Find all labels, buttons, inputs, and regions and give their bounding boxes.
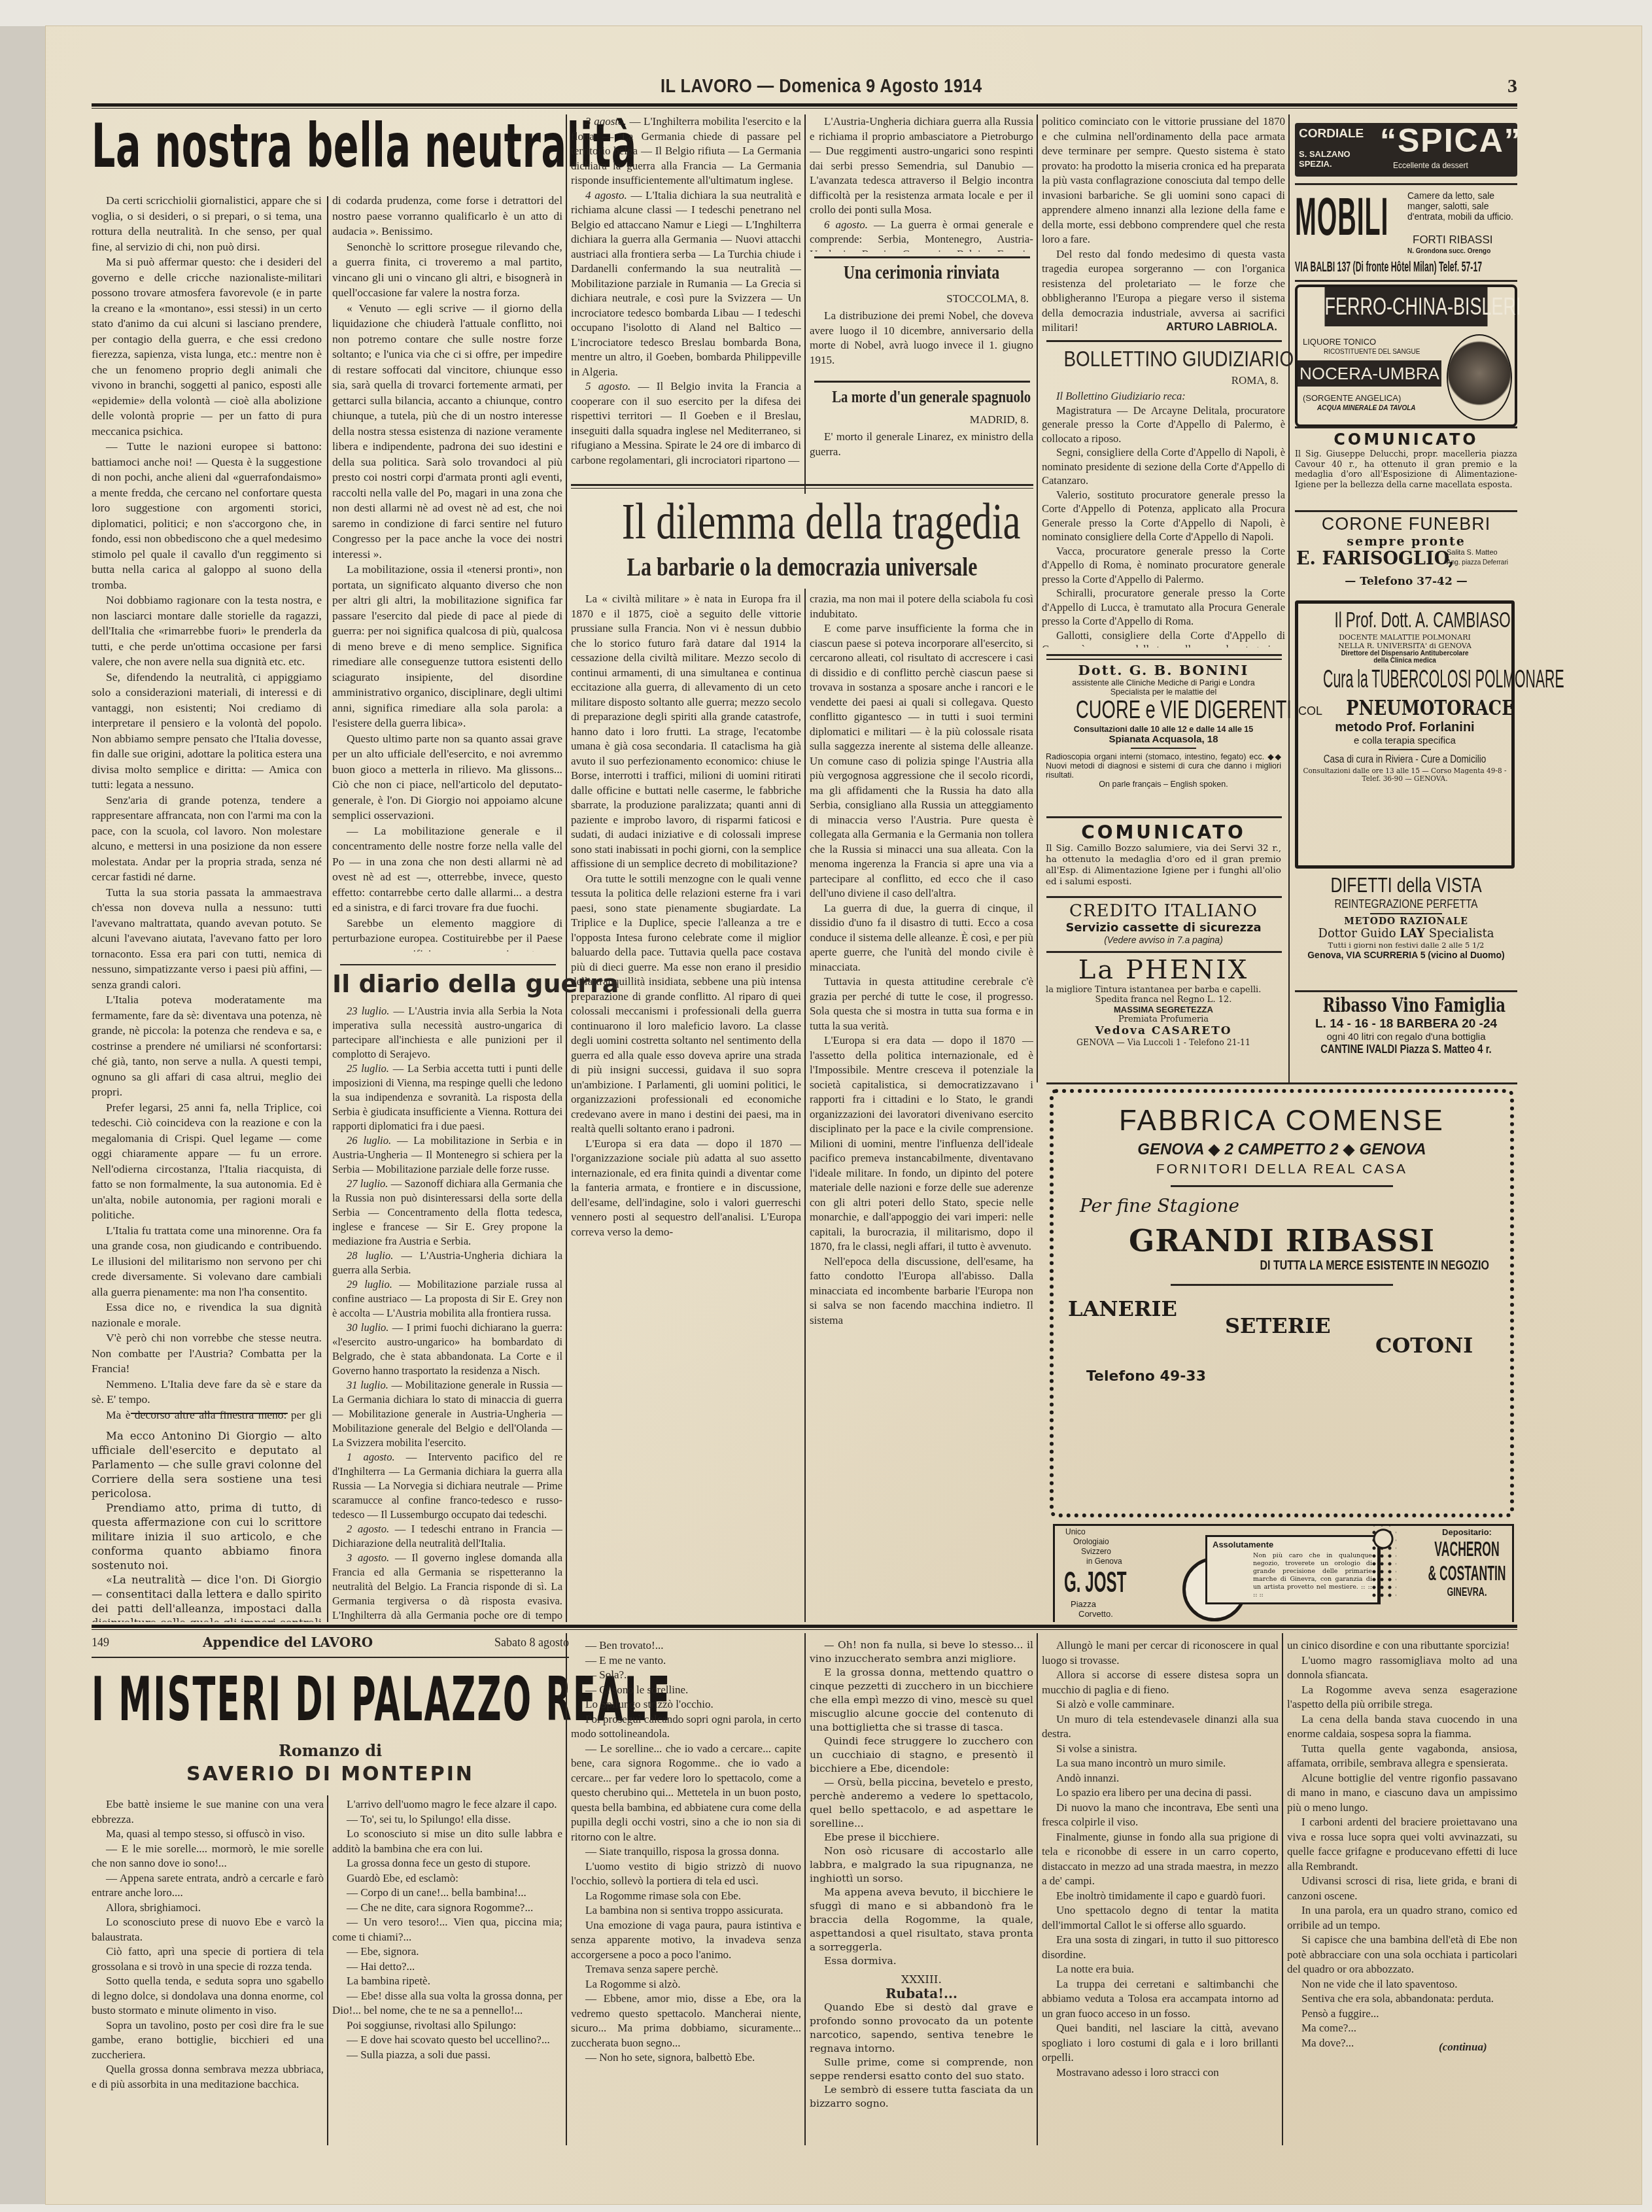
article-dilemma-col4: crazia, ma non mai il potere della sciab… [810, 592, 1033, 1622]
diary-date: 28 luglio. [347, 1249, 401, 1262]
diary-entry: L'Austria-Ungheria dichiara guerra alla … [810, 114, 1033, 218]
paragraph: La bambina ripetè. [332, 1974, 562, 1989]
section-divider [1046, 654, 1282, 660]
column-rule [566, 1633, 567, 2145]
diary-date: 29 luglio. [347, 1278, 399, 1290]
ad-mobili-owner: N. Grondona succ. Orengo [1407, 248, 1490, 255]
paragraph: Da certi scricchiolii giornalistici, app… [92, 193, 322, 254]
paragraph: Ma si può affermar questo: che i desider… [92, 254, 322, 439]
ad-lay-method: METODO RAZIONALE [1295, 916, 1517, 927]
ad-bisleri-line: RICOSTITUENTE DEL SANGUE [1324, 349, 1420, 356]
diary-date: 2 agosto. [347, 1523, 395, 1535]
paragraph: — Appena sarete entrata, andrò a cercarl… [92, 1871, 324, 1901]
bollettino-dateline: ROMA, 8. [1042, 374, 1279, 387]
diary-date: 3 agosto. [347, 1551, 395, 1564]
ad-comunicato-text: Il Sig. Camillo Bozzo salumiere, via dei… [1042, 843, 1285, 888]
paragraph: Ebe battè insieme le sue manine con una … [92, 1797, 324, 1827]
ad-phenix-line: la migliore Tintura istantanea per barba… [1042, 985, 1285, 995]
ad-jost-vacheron: Unico Orologiaio Svizzero in Genova G. J… [1053, 1524, 1514, 1622]
ad-vacheron-brand: VACHERON [1428, 1537, 1507, 1561]
paragraph: Segni, consigliere della Corte d'Appello… [1042, 445, 1285, 488]
diary-entry: 3 agosto. — Il governo inglese domanda a… [332, 1551, 562, 1622]
paragraph: La distribuzione dei premi Nobel, che do… [810, 309, 1033, 368]
ad-comunicato-title: COMUNICATO [1295, 430, 1517, 449]
section-divider [131, 1413, 288, 1414]
diary-date: 1 agosto. [347, 1451, 406, 1463]
ad-vino-shop: CANTINE IVALDI Piazza S. Matteo 4 r. [1315, 1043, 1498, 1056]
section-divider [1295, 990, 1517, 992]
ad-comense-item: LANERIE [1068, 1296, 1177, 1321]
divider [1171, 1185, 1393, 1187]
ad-comense-item: SETERIE [1225, 1313, 1331, 1338]
paragraph: — Tutte le nazioni europee si battono: b… [92, 439, 322, 593]
paragraph: Sopra un tavolino, posto per così dire f… [92, 2018, 324, 2063]
ad-credito-note: (Vedere avviso in 7.a pagina) [1042, 935, 1285, 945]
ad-comunicato-title: COMUNICATO [1042, 821, 1285, 843]
ceremony-article: La distribuzione dei premi Nobel, che do… [810, 309, 1033, 374]
paragraph: Lo sconosciuto si mise un dito sulle lab… [332, 1827, 562, 1856]
diary-date: 6 agosto. [824, 218, 874, 231]
article-signature: ARTURO LABRIOLA. [1042, 320, 1277, 334]
paragraph: — Ben trovato!... [571, 1638, 801, 1653]
ad-comense-phone: Telefono 49-33 [1054, 1368, 1510, 1385]
paragraph: Non osò ricusare di accostarlo alle labb… [810, 1844, 1033, 1886]
paragraph: Alcune bottiglie del ventre rigonfio pas… [1287, 1771, 1517, 1816]
section-divider [340, 964, 556, 965]
column-rule [566, 114, 567, 1622]
paragraph: Era una sosta di zingari, in tutto il su… [1042, 1933, 1279, 1962]
diary-entry: 26 luglio. — La mobilitazione in Serbia … [332, 1133, 562, 1177]
paragraph: — E dove hai scovato questo bel uccellin… [332, 2033, 562, 2048]
ad-comense-title: FABBRICA COMENSE [1054, 1105, 1510, 1137]
diary-entry: 25 luglio. — La Serbia accetta tutti i p… [332, 1062, 562, 1133]
ad-bisleri-line: (SORGENTE ANGELICA) [1303, 393, 1401, 403]
ad-spica: CORDIALE “SPICA” S. SALZANO SPEZIA. Ecce… [1295, 123, 1517, 177]
paragraph: La guerra di due, la guerra di cinque, i… [810, 901, 1033, 975]
ad-jost-line: Svizzero [1065, 1547, 1122, 1557]
ad-cambiaso-line: Direttore del Dispensario Antitubercolar… [1298, 650, 1511, 657]
ad-bonini-languages: On parle français – English spoken. [1042, 780, 1285, 789]
article-dilemma-col5: politico cominciato con le vittorie prus… [1042, 114, 1285, 337]
ad-jost-sign-title: Assolutamente [1207, 1537, 1377, 1552]
paragraph: « Venuto — egli scrive — il giorno della… [332, 301, 562, 562]
paragraph: La mobilitazione, ossia il «tenersi pron… [332, 562, 562, 731]
article-neutrality-col1b: Ma ecco Antonino Di Giorgio — alto uffic… [92, 1429, 322, 1622]
paragraph: Lo spazio era libero per una decina di p… [1042, 1786, 1279, 1801]
paragraph: — Oh! non fa nulla, si beve lo stesso...… [810, 1638, 1033, 1666]
paragraph: Noi dobbiamo ragionare con la testa nost… [92, 593, 322, 670]
paragraph: Tuttavia in questa attitudine cerebrale … [810, 975, 1033, 1033]
paragraph: Se, difendendo la neutralità, ci appiggi… [92, 670, 322, 793]
ad-comunicato-bozzo: COMUNICATO Il Sig. Camillo Bozzo salumie… [1042, 821, 1285, 888]
paragraph: I carboni ardenti del braciere proiettav… [1287, 1815, 1517, 1874]
ad-jost-line: Corvetto. [1071, 1609, 1113, 1619]
ad-vacheron-label: Depositario: [1421, 1527, 1513, 1537]
ad-funebri-phone: — Telefono 37-42 — [1295, 575, 1517, 588]
section-divider [1046, 896, 1282, 898]
section-divider [1295, 510, 1517, 512]
section-divider [814, 381, 1030, 383]
paragraph: — Ci sono le sorelline. [571, 1683, 801, 1698]
paragraph: — Hai detto?... [332, 1960, 562, 1975]
ad-credito-subtitle: Servizio cassette di sicurezza [1042, 921, 1285, 935]
ad-bonini-address: Spianata Acquasola, 18 [1042, 734, 1285, 745]
ad-cambiaso-title: Il Prof. Dott. A. CAMBIASO [1334, 608, 1475, 633]
lion-seal-icon [1447, 334, 1512, 421]
diary-entry: 5 agosto. — Il Belgio invita la Francia … [571, 379, 801, 468]
paragraph: La « civiltà militare » è nata in Europa… [571, 592, 801, 872]
continua-label: (continua) [1439, 2041, 1487, 2054]
divider [1171, 1284, 1393, 1286]
ad-comense-address: GENOVA ◆ 2 CAMPETTO 2 ◆ GENOVA [1054, 1140, 1510, 1159]
bollettino-body: Il Bollettino Giudiziario reca: Magistra… [1042, 389, 1285, 648]
paragraph: Di nuovo la mano che incontrava, Ebe sen… [1042, 1801, 1279, 1830]
ad-vacheron: Depositario: VACHERON & COSTANTIN GINEVR… [1421, 1527, 1513, 1599]
paragraph: Nell'epoca della discussione, dell'esame… [810, 1254, 1033, 1328]
paragraph: Prendiamo atto, prima di tutto, di quest… [92, 1501, 322, 1573]
article-neutrality-col2: di codarda prudenza, come forse i detrat… [332, 193, 562, 952]
ad-cambiaso: Il Prof. Dott. A. CAMBIASO DOCENTE MALAT… [1295, 600, 1515, 869]
ad-spica-tagline: Eccellente da dessert [1393, 161, 1468, 170]
paragraph: La Rogomme rimase sola con Ebe. [571, 1889, 801, 1904]
chapter-title: Rubata!... [810, 1987, 1033, 2001]
paragraph: — Ebe! disse alla sua volta la grossa do… [332, 1989, 562, 2018]
paragraph: In una parola, era un quadro strano, com… [1287, 1903, 1517, 1933]
diary-entry: 4 agosto. — L'Italia dichiara la sua neu… [571, 188, 801, 380]
ad-mobili-title: MOBILI [1295, 186, 1389, 248]
paragraph: L'Italia fu trattata come una minorenne.… [92, 1223, 322, 1300]
paragraph: Senonchè lo scrittore prosegue rilevando… [332, 239, 562, 301]
ad-vino-title: Ribasso Vino Famiglia [1323, 994, 1490, 1017]
paragraph: La cena della banda stava cuocendo in un… [1287, 1712, 1517, 1742]
paragraph: Lo Spilungo strizzò l'occhio. [571, 1697, 801, 1712]
paragraph: — Sola?... [571, 1668, 801, 1683]
paragraph: La grossa donna fece un gesto di stupore… [332, 1856, 562, 1871]
paragraph: — Corpo di un cane!... bella bambina!... [332, 1886, 562, 1901]
paragraph: Senz'aria di grande potenza, tendere a r… [92, 793, 322, 885]
ad-cambiaso-hours: Consultazioni dalle ore 13 alle 15 — Cor… [1298, 766, 1511, 784]
ad-funebri-address: Ang. piazza Deferrari [1447, 559, 1508, 566]
ad-mobili-desc: Camere da letto, sale manger, salotti, s… [1407, 190, 1517, 222]
paragraph: Tutta quella gente vagabonda, ansiosa, a… [1287, 1742, 1517, 1771]
appendix-date: Sabato 8 agosto [494, 1636, 569, 1650]
ad-mobili-offer: FORTI RIBASSI [1413, 233, 1493, 247]
ad-comunicato-delucchi: COMUNICATO Il Sig. Giuseppe Delucchi, pr… [1295, 430, 1517, 489]
spanish-general-dateline: MADRID, 8. [810, 413, 1029, 426]
diary-entry: 29 luglio. — Mobilitazione parziale russ… [332, 1277, 562, 1321]
paragraph: L'uomo vestito di bigio strizzò di nuovo… [571, 1859, 801, 1889]
section-divider [1046, 816, 1282, 818]
paragraph: — Ebbene, amor mio, disse a Ebe, ora la … [571, 1992, 801, 2050]
paragraph: — Siate tranquillo, risposa la grossa do… [571, 1844, 801, 1859]
article-subtitle-dilemma: La barbarie o la democrazia universale [617, 551, 988, 582]
paragraph: un cinico disordine e con una ributtante… [1287, 1638, 1517, 1653]
paragraph: «La neutralità — dice l'on. Di Giorgio —… [92, 1573, 322, 1622]
diary-entry: 27 luglio. — Sazonoff dichiara alla Germ… [332, 1177, 562, 1249]
page-header: IL LAVORO — Domenica 9 Agosto 1914 3 [92, 75, 1517, 101]
ad-credito-title: CREDITO ITALIANO [1042, 901, 1285, 921]
novel-col4: — Oh! non fa nulla, si beve lo stesso...… [810, 1638, 1033, 2147]
ad-lay-address: Genova, VIA SCURRERIA 5 (vicino al Duomo… [1295, 950, 1517, 960]
paragraph: Pensò a fuggire... [1287, 2007, 1517, 2022]
column-rule [327, 1795, 328, 2145]
paragraph: — To', sei tu, lo Spilungo! ella disse. [332, 1812, 562, 1827]
diary-date: 5 agosto. [585, 380, 638, 392]
paragraph: Schiralli, procuratore generale presso l… [1042, 586, 1285, 629]
ad-cambiaso-col: COL [1298, 704, 1322, 717]
paragraph: Ma come?... [1287, 2021, 1517, 2036]
paragraph: Quei banditi, nel lasciare la città, ave… [1042, 2021, 1279, 2065]
ad-lay-hours: Tutti i giorni non festivi dalle 2 alle … [1295, 941, 1517, 950]
paragraph: La bambina non si sentiva troppo assicur… [571, 1903, 801, 1918]
paragraph: V'è però chi non vorrebbe che stesse neu… [92, 1330, 322, 1377]
paragraph: Non ne vide che il lato spaventoso. [1287, 1977, 1517, 1992]
ad-phenix-line: Spedita franca nel Regno L. 12. [1042, 995, 1285, 1005]
ad-jost-place: Piazza Corvetto. [1071, 1599, 1113, 1619]
ad-bisleri-line: LIQUORE TONICO [1303, 337, 1376, 347]
header-rule [92, 103, 1517, 109]
ad-lay-doctor: Dottor Guido [1318, 927, 1396, 941]
ad-cambiaso-line: DOCENTE MALATTIE POLMONARI [1298, 633, 1511, 642]
ad-fabbrica-comense: FABBRICA COMENSE GENOVA ◆ 2 CAMPETTO 2 ◆… [1050, 1089, 1514, 1517]
novel-col5: Allungò le mani per cercar di riconoscer… [1042, 1638, 1279, 2147]
paragraph: Quindi fece struggere lo zucchero con un… [810, 1735, 1033, 1776]
war-diary: 23 luglio. — L'Austria invia alla Serbia… [332, 1004, 562, 1622]
divider [1379, 749, 1431, 750]
ad-phenix-line: MASSIMA SEGRETEZZA [1042, 1005, 1285, 1014]
ad-funebri-title: CORONE FUNEBRI [1295, 514, 1517, 534]
sign-board: Assolutamente Non più caro che in qualun… [1205, 1535, 1381, 1604]
ad-bonini: Dott. G. B. BONINI assistente alle Clini… [1042, 662, 1285, 789]
paragraph: — E me ne vanto. [571, 1653, 801, 1668]
diary-entry: 6 agosto. — La guerra è ormai generale e… [810, 218, 1033, 252]
paragraph: La sua mano incontrò un muro simile. [1042, 1756, 1279, 1771]
paragraph: Si alzò e volle camminare. [1042, 1697, 1279, 1712]
paragraph: politico cominciato con le vittorie prus… [1042, 114, 1285, 247]
paragraph: Guardò Ebe, ed esclamò: [332, 1871, 562, 1886]
paragraph: — Sulla piazza, a soli due passi. [332, 2048, 562, 2063]
diary-date: 26 luglio. [347, 1134, 397, 1147]
ad-mobili-address: VIA BALBI 137 (Di fronte Hôtel Milan) Te… [1295, 258, 1482, 275]
paragraph: Le sembrò di essere tutta fasciata da un… [810, 2083, 1033, 2111]
ad-bonini-body: Radioscopia organi interni (stomaco, int… [1042, 752, 1285, 780]
section-divider [1295, 183, 1517, 185]
section-divider [1295, 280, 1517, 282]
ad-cambiaso-line: della Clinica medica [1298, 657, 1511, 665]
article-neutrality-col1: Da certi scricchiolii giornalistici, app… [92, 193, 322, 1423]
diary-entry: 30 luglio. — I primi fuochi dichiarano l… [332, 1321, 562, 1378]
appendix-label: Appendice del LAVORO [203, 1634, 373, 1650]
ad-vino-prices: L. 14 - 16 - 18 BARBERA 20 -24 [1295, 1017, 1517, 1031]
paragraph: Allora, sbrighiamoci. [92, 1901, 324, 1916]
paragraph: La notte era buia. [1042, 1962, 1279, 1977]
paragraph: — Che ne dite, cara signora Rogomme?... [332, 1901, 562, 1916]
ad-jost-line: Piazza [1071, 1599, 1113, 1609]
child-figure-icon [1370, 1526, 1396, 1598]
ad-credito-italiano: CREDITO ITALIANO Servizio cassette di si… [1042, 901, 1285, 945]
paragraph: Ma appena aveva bevuto, il bicchiere le … [810, 1886, 1033, 1954]
paragraph: Ma ecco Antonino Di Giorgio — alto uffic… [92, 1429, 322, 1501]
paragraph: Si volse a sinistra. [1042, 1742, 1279, 1757]
ad-bonini-line: assistente alle Cliniche Mediche di Pari… [1042, 678, 1285, 687]
paragraph: Un muro di tela estendevasele dinanzi al… [1042, 1712, 1279, 1742]
ad-comense-supplier: FORNITORI DELLA REAL CASA [1054, 1162, 1510, 1177]
paragraph: L'Europa si era data — dopo il 1870 — l'… [810, 1033, 1033, 1254]
paragraph: Uno spettacolo degno di tentar la matita… [1042, 1903, 1279, 1933]
diary-date: 27 luglio. [347, 1177, 391, 1190]
paragraph: E la grossa donna, mettendo quattro o ci… [810, 1666, 1033, 1735]
ad-vacheron-brand: & COSTANTIN [1428, 1561, 1507, 1585]
diary-entry: 2 agosto. — I tedeschi entrano in Franci… [332, 1522, 562, 1551]
paragraph: La Rogomme aveva senza esagerazione l'as… [1287, 1683, 1517, 1712]
ad-spica-label: CORDIALE [1299, 127, 1364, 141]
paragraph: Allungò le mani per cercar di riconoscer… [1042, 1638, 1279, 1668]
paragraph: Ciò fatto, aprì una specie di portiera d… [92, 1944, 324, 1974]
paragraph: Ma, quasi al tempo stesso, si offuscò in… [92, 1827, 324, 1842]
diary-title: Il diario della guerra [332, 969, 562, 998]
ceremony-dateline: STOCCOLMA, 8. [810, 292, 1029, 305]
paragraph: Magistratura — De Arcayne Delitala, proc… [1042, 404, 1285, 446]
ad-bisleri-nocera: NOCERA-UMBRA [1298, 360, 1441, 387]
diary-date: 31 luglio. [347, 1379, 391, 1391]
ad-cambiaso-headline2: PNEUMOTORACE [1347, 695, 1515, 720]
ad-lay: DIFETTI della VISTA REINTEGRAZIONE PERFE… [1295, 873, 1517, 960]
divider [1131, 748, 1196, 749]
ad-jost-sign-text: Non più caro che in qualunque negozio, t… [1207, 1552, 1377, 1599]
paragraph: — Non ho sete, signora, balbettò Ebe. [571, 2050, 801, 2065]
ad-bonini-line: Specialista per le malattie del [1042, 687, 1285, 697]
paragraph: Il Bollettino Giudiziario reca: [1042, 389, 1285, 404]
column-rule [1037, 1633, 1038, 2145]
paragraph: La truppa dei cerretani e saltimbanchi c… [1042, 1977, 1279, 2022]
paragraph: La Rogomme si alzò. [571, 1977, 801, 1992]
paragraph: Una emozione di vaga paura, paura istint… [571, 1918, 801, 1963]
paragraph: Tremava senza sapere perchè. [571, 1962, 801, 1977]
diary-date: 25 luglio. [347, 1062, 393, 1075]
ad-funebri-name: E. FARISOGLIO, [1296, 549, 1454, 569]
ad-phenix-line: Vedova CASARETO [1042, 1024, 1285, 1037]
ad-lay-title: DIFETTI della VISTA [1319, 873, 1492, 897]
novel-col6: un cinico disordine e con una ributtante… [1287, 1638, 1517, 2109]
ad-cambiaso-method: metodo Prof. Forlanini [1298, 720, 1511, 735]
paragraph: Udivansi scrosci di risa, liete grida, e… [1287, 1874, 1517, 1903]
paragraph: L'arrivo dell'uomo magro le fece alzare … [332, 1797, 562, 1812]
ad-comense-headline: GRANDI RIBASSI [1054, 1223, 1510, 1258]
ad-vacheron-city: GINEVRA. [1435, 1585, 1499, 1599]
paragraph: Ebe prese il bicchiere. [810, 1831, 1033, 1844]
paragraph: Gallotti, consigliere della Corte d'Appe… [1042, 629, 1285, 648]
background-edge [0, 26, 46, 2204]
paragraph: Finalmente, giunse in fondo alla sua pri… [1042, 1830, 1279, 1889]
section-divider [1046, 1082, 1517, 1084]
section-divider [571, 484, 1033, 489]
article-dilemma-col3: La « civiltà militare » è nata in Europa… [571, 592, 801, 1622]
column-rule [1282, 1633, 1283, 2145]
paragraph: L'Europa si era data — dopo il 1870 — l'… [571, 1137, 801, 1240]
paragraph: Prefer legarsi, 25 anni fa, nella Tripli… [92, 1100, 322, 1223]
section-divider [814, 256, 1030, 258]
chapter-number: XXXIII. [810, 1973, 1033, 1987]
spanish-general-article: E' morto il generale Linarez, ex ministr… [810, 430, 1033, 462]
ad-lay-name: LAY [1400, 927, 1425, 941]
section-divider [1046, 951, 1282, 953]
ad-cambiaso-headline: Cura la TUBERCOLOSI POLMONARE [1323, 666, 1487, 694]
novel-byline: Romanzo di [92, 1741, 569, 1760]
novel-col2: L'arrivo dell'uomo magro le fece alzare … [332, 1797, 562, 2147]
paragraph: di codarda prudenza, come forse i detrat… [332, 193, 562, 239]
ad-corone-funebri: CORONE FUNEBRI sempre pronte E. FARISOGL… [1295, 514, 1517, 588]
paragraph: — Ebe, signora. [332, 1944, 562, 1960]
diary-date: 30 luglio. [347, 1321, 392, 1334]
paragraph: — Le sorelline... che io vado a cercare.… [571, 1742, 801, 1845]
ad-jost-left: Unico Orologiaio Svizzero in Genova [1065, 1527, 1122, 1566]
bollettino-title: BOLLETTINO GIUDIZIARIO [1063, 347, 1263, 372]
ad-jost-line: Orologiaio [1065, 1537, 1122, 1547]
ad-vino-offer: ogni 40 litri con regalo d'una bottiglia [1295, 1031, 1517, 1043]
column-rule [327, 196, 328, 1622]
ad-bonini-name: Dott. G. B. BONINI [1042, 662, 1285, 678]
ad-bisleri: FERRO-CHINA-BISLERI LIQUORE TONICO RICOS… [1295, 285, 1517, 427]
column-rule [804, 589, 806, 1622]
ad-phenix: La PHENIX la migliore Tintura istantanea… [1042, 955, 1285, 1047]
paragraph: Poi soggiunse, rivoltasi allo Spilungo: [332, 2018, 562, 2033]
article-title-dilemma: Il dilemma della tragedia [622, 492, 982, 551]
article-title-neutrality: La nostra bella neutralità [92, 111, 637, 181]
diary-entry: 31 luglio. — Mobilitazione generale in R… [332, 1378, 562, 1450]
paragraph: Vacca, procuratore generale presso la Co… [1042, 544, 1285, 587]
ad-jost-line: in Genova [1065, 1557, 1122, 1566]
ad-bisleri-line: ACQUA MINERALE DA TAVOLA [1317, 405, 1416, 412]
diary-date: 3 agosto. [585, 115, 629, 128]
ad-comense-item: COTONI [1375, 1333, 1473, 1358]
diary-entry: 23 luglio. — L'Austria invia alla Serbia… [332, 1004, 562, 1062]
paragraph: — E le mie sorelle.... mormorò, le mie s… [92, 1842, 324, 1871]
ad-funebri-sub: sempre pronte [1295, 534, 1517, 549]
paragraph: — Orsù, bella piccina, bevetelo e presto… [810, 1776, 1033, 1831]
section-divider [1046, 340, 1282, 342]
column-rule [804, 114, 806, 494]
novel-col3: — Ben trovato!... — E me ne vanto. — Sol… [571, 1638, 801, 2147]
diary-date: 4 agosto. [585, 189, 630, 201]
column-rule [1288, 114, 1290, 1082]
appendix-number: 149 [92, 1636, 109, 1650]
ad-bisleri-title: FERRO-CHINA-BISLERI [1325, 287, 1488, 326]
ad-cambiaso-clinic: Casa di cura in Riviera - Cure a Domicil… [1320, 753, 1490, 766]
war-diary-continued-2: L'Austria-Ungheria dichiara guerra alla … [810, 114, 1033, 252]
paragraph: Sotto quella tenda, e seduta sopra uno s… [92, 1974, 324, 2018]
appendix-header: 149 Appendice del LAVORO Sabato 8 agosto [92, 1633, 569, 1658]
paragraph: — Un vero tesoro!... Vien qua, piccina m… [332, 1915, 562, 1944]
ad-bonini-hours: Consultazioni dalle 10 alle 12 e dalle 1… [1042, 725, 1285, 734]
ad-comunicato-text: Il Sig. Giuseppe Delucchi, propr. macell… [1295, 449, 1517, 489]
novel-author: SAVERIO DI MONTEPIN [92, 1763, 569, 1786]
paragraph: Mostravano adesso i loro stracci con [1042, 2065, 1279, 2081]
ad-jost-name: G. JOST [1064, 1566, 1126, 1599]
diary-date: 23 luglio. [347, 1005, 394, 1017]
paragraph: crazia, ma non mai il potere della sciab… [810, 592, 1033, 621]
paragraph: Sulle prime, come si comprende, non sepp… [810, 2056, 1033, 2083]
paragraph: Nemmeno. L'Italia deve fare da sè e star… [92, 1377, 322, 1408]
paragraph: Si capisce che una bambina dell'età di E… [1287, 1933, 1517, 1977]
ad-phenix-title: La PHENIX [1042, 955, 1285, 985]
war-diary-continued: 3 agosto. — L'Inghilterra mobilita l'ese… [571, 114, 801, 494]
paragraph: Ora tutte le sottili menzogne con le qua… [571, 872, 801, 1137]
paragraph: E come parve insufficiente la forma che … [810, 621, 1033, 901]
page-number: 3 [1507, 75, 1517, 97]
paragraph: Poi proseguì calcando sopri ogni parola,… [571, 1712, 801, 1742]
diary-entry: 3 agosto. — L'Inghilterra mobilita l'ese… [571, 114, 801, 188]
ceremony-title: Una cerimonia rinviata [832, 262, 1011, 284]
